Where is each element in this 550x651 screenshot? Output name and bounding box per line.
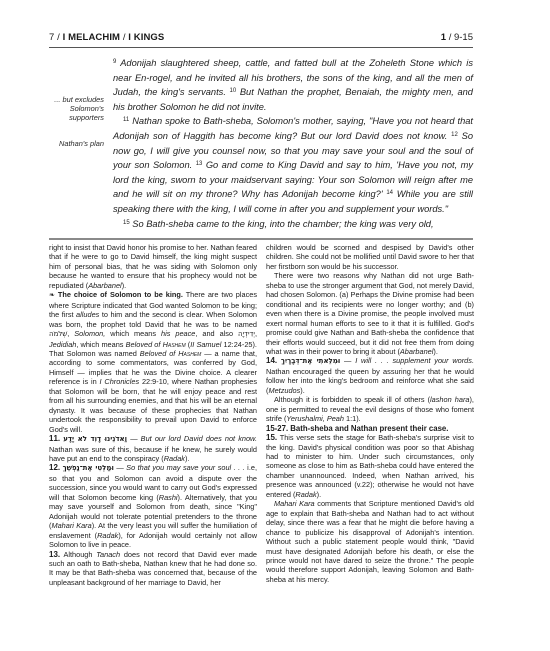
commentary-paragraph: Although it is forbidden to speak ill of… bbox=[266, 395, 474, 423]
hebrew-word: יְדִידְיָה bbox=[238, 330, 255, 338]
sidenote-excludes-supporters: ... but excludes Solomon's supporters bbox=[44, 96, 104, 123]
commentary-verse-15: 15. This verse sets the stage for Bath-s… bbox=[266, 433, 474, 499]
commentary-verse-11: 11. וַאדֹנֵינוּ דָוִד לֹא יָדָע — But ou… bbox=[49, 434, 257, 463]
commentary-verse-12: 12. וּמַלְּטִי אֶת־נַפְשֵׁךְ — So that y… bbox=[49, 463, 257, 549]
verse-number: 13 bbox=[196, 161, 203, 167]
header-rule bbox=[49, 47, 473, 48]
commentary-paragraph: There were two reasons why Nathan did no… bbox=[266, 271, 474, 356]
separator: / bbox=[54, 32, 62, 43]
running-header: 7 / I MELACHIM / I KINGS 1 / 9-15 bbox=[49, 29, 473, 45]
translation-paragraph: 9 Adonijah slaughtered sheep, cattle, an… bbox=[113, 56, 473, 114]
hebrew-lemma: וּמִלֵּאתִי אֶת־דְּבָרָיִךְ bbox=[281, 357, 340, 365]
verse-text: Nathan spoke to Bath-sheba, Solomon's mo… bbox=[113, 116, 473, 141]
verse-text: So Bath-sheba came to the king, into the… bbox=[132, 219, 433, 229]
running-header-left: 7 / I MELACHIM / I KINGS bbox=[49, 31, 164, 45]
commentary-paragraph: right to insist that David honor his pro… bbox=[49, 243, 257, 290]
separator: / bbox=[446, 32, 454, 43]
commentary-verse-13: 13. Although Tanach does not record that… bbox=[49, 550, 257, 588]
citation: Abarbanel bbox=[88, 281, 121, 290]
english-lemma: I will . . . supplement your words. bbox=[355, 356, 474, 365]
fleuron-icon: ❧ bbox=[49, 292, 55, 299]
commentary-paragraph: Mahari Kara comments that Scripture ment… bbox=[266, 499, 474, 584]
book-hebrew-name: I MELACHIM bbox=[63, 32, 120, 43]
commentary-left-column: right to insist that David honor his pro… bbox=[49, 243, 257, 587]
verse-number: 14 bbox=[386, 190, 393, 196]
topic-heading: The choice of Solomon to be king. bbox=[58, 290, 183, 299]
english-lemma: So that you may save your soul . . . bbox=[126, 463, 245, 472]
commentary-paragraph: children would be scorned and despised b… bbox=[266, 243, 474, 271]
verse-number: 11 bbox=[123, 117, 129, 123]
verse-number: 15 bbox=[123, 220, 130, 226]
verse-number: 12 bbox=[451, 132, 458, 138]
commentary-topic-paragraph: ❧ The choice of Solomon to be king. Ther… bbox=[49, 290, 257, 434]
hebrew-word: שְׁלֹמֹה bbox=[49, 330, 67, 338]
book-page: 7 / I MELACHIM / I KINGS 1 / 9-15 ... bu… bbox=[0, 0, 550, 651]
sidenote-nathans-plan: Nathan's plan bbox=[44, 140, 104, 149]
verse-range: 9-15 bbox=[454, 32, 473, 43]
commentary-divider-rule bbox=[49, 238, 473, 240]
verse-number: 9 bbox=[113, 59, 116, 65]
commentary-verse-14: 14. וּמִלֵּאתִי אֶת־דְּבָרָיִךְ — I will… bbox=[266, 356, 474, 395]
running-header-right: 1 / 9-15 bbox=[441, 31, 473, 45]
translation-paragraph: 11 Nathan spoke to Bath-sheba, Solomon's… bbox=[113, 114, 473, 216]
translation-paragraph: 15 So Bath-sheba came to the king, into … bbox=[113, 217, 473, 232]
commentary-right-column: children would be scorned and despised b… bbox=[266, 243, 474, 584]
scripture-translation: 9 Adonijah slaughtered sheep, cattle, an… bbox=[113, 56, 473, 231]
verse-number: 10 bbox=[230, 88, 237, 94]
book-english-name: I KINGS bbox=[128, 32, 164, 43]
hebrew-lemma: וַאדֹנֵינוּ דָוִד לֹא יָדָע bbox=[63, 435, 127, 443]
section-heading: 15-27. Bath-sheba and Nathan present the… bbox=[266, 424, 474, 433]
hebrew-lemma: וּמַלְּטִי אֶת־נַפְשֵׁךְ bbox=[63, 464, 114, 472]
english-lemma: But our lord David does not know. bbox=[141, 434, 257, 443]
